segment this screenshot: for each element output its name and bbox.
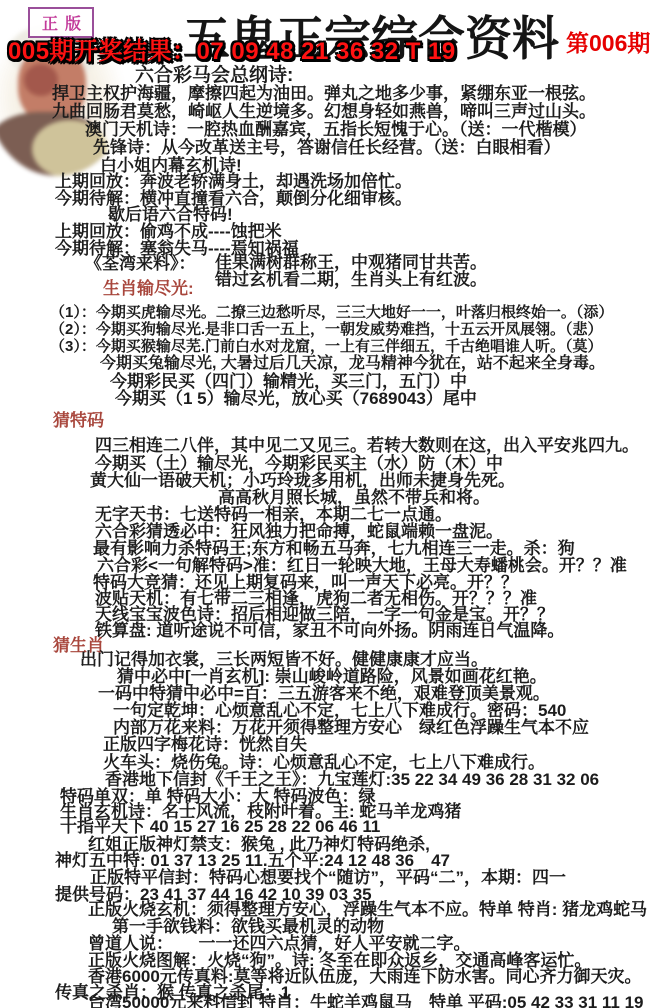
- document-line: （3）：今期买猴输尽芜.门前白水对龙窟，一上有三伴细五，千古绝唱谁人听。（莫）: [50, 339, 603, 354]
- document-line: 先锋诗：从今改革送主号，答谢信任长经营。（送：白眼相看）: [93, 139, 561, 156]
- document-line: 六合彩猜透必中：狂风独力把命搏，蛇鼠端赖一盘泥。: [95, 523, 503, 540]
- document-line: （1）：今期买虎输尽光。二撩三边愁听尽，三三大地好一一，叶落归根终始一。（添）: [50, 305, 613, 320]
- document-line: 曾道人说： 一一还四六点猜，好人平安就二字。: [88, 935, 471, 952]
- document-line: 黄大仙一语破天机；小巧玲珑多用机，出师未捷身先死。: [90, 472, 515, 489]
- document-line: 正版特平信封：特码心想要找个“随访”，平码“二”，本期：四一: [90, 869, 566, 886]
- document-line: 上期回放：偷鸡不成----蚀把米: [55, 223, 282, 240]
- document-line: 火车头：烧伤兔。诗：心烦意乱心不定，七上八下难成行。: [103, 754, 545, 771]
- document-line: （2）：今期买狗输尽光.是非口舌一五上，一朝发威势难挡，十五云开凤展翎。（悲）: [50, 322, 603, 337]
- document-line: 佳果满树群称王，中观猪同甘共苦。: [215, 254, 487, 271]
- document-line: 四三相连二八伴，其中见二又见三。若转大数则在这，出入平安兆四九。: [95, 437, 639, 454]
- document-line: 错过玄机看二期，生肖头上有红波。: [215, 271, 487, 288]
- document-line: 六合彩<一句解特码>准：红日一轮映大地，王母大寿蟠桃会。开？？准: [97, 557, 627, 574]
- document-line: 九曲回肠君莫愁，崎岖人生逆境多。幻想身轻如燕兽，啼叫三声过山头。: [52, 103, 596, 120]
- document-line: 正版四字梅花诗：恍然自失: [103, 736, 307, 753]
- document-line: 今期买（土）输尽光，今期彩民买主（水）防（木）中: [95, 455, 503, 472]
- document-line: 铁算盘: 道听途说不可信，家丑不可向外扬。阴雨连日气温降。: [95, 622, 564, 639]
- document-line: 无字天书：七送特码一相亲，本期二七一点通。: [95, 506, 452, 523]
- section-heading: 猜特码: [53, 412, 104, 429]
- document-line: 猜中必中[一肖玄机]: 崇山峻岭道路险，风景如画花红艳。: [117, 668, 547, 685]
- document-line: 十指平天下 40 15 27 16 25 28 22 06 46 11: [60, 818, 380, 835]
- document-line: 今期买（1 5）输尽光，放心买（7689043）尾中: [115, 390, 477, 407]
- document-line: 正版火烧玄机：须得整理方安心，浮躁生气本不应。特单 特肖: 猪龙鸡蛇马: [88, 901, 647, 918]
- scanned-lottery-sheet: 正版 五鬼正宗综合资料 第006期 005期开奖结果：07 09 48 21 3…: [0, 0, 656, 1008]
- document-line: 神灯五中特: 01 37 13 25 11.五个平:24 12 48 36 47: [55, 852, 450, 869]
- document-line: 台湾50000元来料信封 特肖：牛蛇羊鸡鼠马 特单 平码:05 42 33 31…: [88, 994, 644, 1008]
- document-line: 上期回放：奔波老轿满身土，却遇洗场加倍忙。: [55, 173, 412, 190]
- draw-result-banner: 005期开奖结果：07 09 48 21 36 32 T 19: [8, 31, 456, 66]
- document-line: 澳门天机诗：一腔热血酬嘉宾，五指长短愧于心。（送：一代楷模）: [85, 121, 587, 138]
- document-line: 歇后语六合特码!: [108, 206, 233, 223]
- document-line: 香港地下信封《千王之王》：九宝莲灯:35 22 34 49 36 28 31 3…: [105, 771, 599, 788]
- section-heading: 生肖输尽光:: [103, 280, 194, 297]
- document-line: 一码中特猜中必中=百：三五游客来不绝，艰难登顶美景观。: [98, 685, 550, 702]
- document-line: 六合彩马会总纲诗:: [135, 66, 293, 85]
- document-line: 出门记得加衣裳，三长两短皆不好。健健康康才应当。: [80, 651, 488, 668]
- document-line: 今期买兔输尽光, 大暑过后几天凉，龙马精神今犹在，站不起来全身毒。: [100, 356, 605, 372]
- document-body: 六合彩马会总纲诗:捍卫主权护海疆，摩擦四起为油田。弹丸之地多少事，紧绷东亚一根弦…: [0, 0, 656, 1008]
- document-line: 最有影响力杀特码王;东方和畅五马奔，七九相连三一走。杀：狗: [93, 540, 575, 557]
- document-line: 今期彩民买（四门）输精光，买三门，五门）中: [110, 373, 467, 390]
- document-line: 第一手欲钱料：欲钱买最机灵的动物: [112, 918, 384, 935]
- document-line: 高高秋月照长城，虽然不带兵和将。: [218, 489, 490, 506]
- document-line: 一句定乾坤：心烦意乱心不定，七上八下难成行。密码：540: [113, 702, 566, 719]
- document-line: 《荃湾来料》：: [85, 255, 196, 272]
- document-line: 内部万花来料：万花开须得整理方安心 绿红色浮躁生气本不应: [113, 719, 589, 736]
- document-line: 捍卫主权护海疆，摩擦四起为油田。弹丸之地多少事，紧绷东亚一根弦。: [52, 85, 596, 102]
